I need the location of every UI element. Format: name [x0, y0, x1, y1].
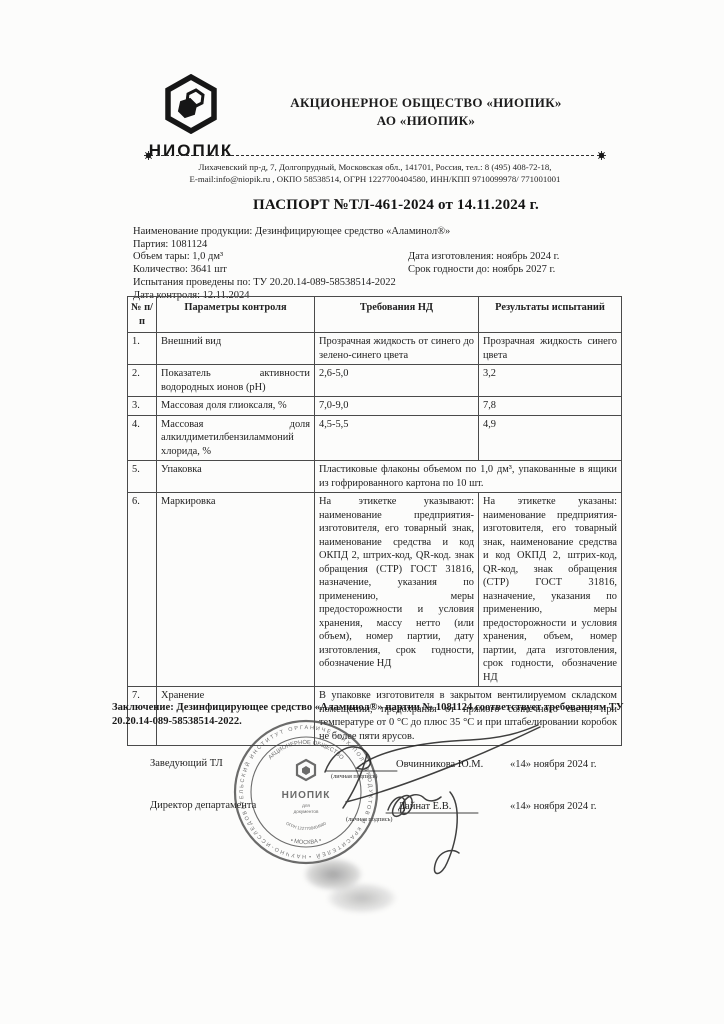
table-row: 6. Маркировка На этикетке указывают: наи… — [128, 493, 622, 687]
col-header-param: Параметры контроля — [157, 297, 315, 333]
cell-req: 4,5-5,5 — [315, 415, 479, 461]
address-line1: Лихачевский пр-д, 7, Долгопрудный, Моско… — [130, 162, 620, 174]
cell-param: Массовая доля глиоксаля, % — [157, 397, 315, 416]
cell-req: На этикетке указывают: наименование пред… — [315, 493, 479, 687]
product-tested-by-line: Испытания проведены по: ТУ 20.20.14-089-… — [133, 277, 620, 290]
document-page: НИОПИК АКЦИОНЕРНОЕ ОБЩЕСТВО «НИОПИК» АО … — [0, 0, 724, 1024]
col-header-res: Результаты испытаний — [479, 297, 622, 333]
cell-param: Показатель активности водородных ионов (… — [157, 365, 315, 397]
cell-res: На этикетке указаны: наименование предпр… — [479, 493, 622, 687]
letterhead-divider — [144, 151, 606, 160]
svg-text:• МОСКВА •: • МОСКВА • — [290, 838, 322, 846]
cell-res: 4,9 — [479, 415, 622, 461]
svg-text:АКЦИОНЕРНОЕ ОБЩЕСТВО: АКЦИОНЕРНОЕ ОБЩЕСТВО — [268, 740, 345, 761]
table-row: 4. Массовая доля алкилдиметилбензиламмон… — [128, 415, 622, 461]
col-header-num: № п/п — [128, 297, 157, 333]
table-row: 5. Упаковка Пластиковые флаконы объемом … — [128, 461, 622, 493]
cell-req: 7,0-9,0 — [315, 397, 479, 416]
signature-name-1: Овчинникова Ю.М. — [396, 759, 483, 770]
col-header-req: Требования НД — [315, 297, 479, 333]
product-expiry: Срок годности до: ноябрь 2027 г. — [408, 264, 555, 277]
hexagon-benzene-logo-icon — [163, 74, 219, 134]
cell-req: 2,6-5,0 — [315, 365, 479, 397]
table-header-row: № п/п Параметры контроля Требования НД Р… — [128, 297, 622, 333]
stamp-bottom-text: • МОСКВА • — [290, 838, 322, 846]
table-row: 1. Внешний вид Прозрачная жидкость от си… — [128, 333, 622, 365]
cell-param: Упаковка — [157, 461, 315, 493]
cell-num: 4. — [128, 415, 157, 461]
document-title: ПАСПОРТ №ТЛ-461-2024 от 14.11.2024 г. — [66, 197, 724, 214]
stamp-ogrn-text: ОГРН 1227700404580 — [285, 820, 327, 831]
cell-param: Внешний вид — [157, 333, 315, 365]
company-name-line1: АКЦИОНЕРНОЕ ОБЩЕСТВО «НИОПИК» — [250, 94, 602, 112]
cell-num: 6. — [128, 493, 157, 687]
address-line2: E-mail:info@niopik.ru , ОКПО 58538514, О… — [130, 174, 620, 186]
company-logo: НИОПИК — [142, 74, 240, 161]
divider-line — [156, 155, 594, 156]
cell-merged: Пластиковые флаконы объемом по 1,0 дм³, … — [315, 461, 622, 493]
product-quantity-line: Количество: 3641 шт Срок годности до: но… — [133, 264, 620, 277]
stamp-center-sub2: документов — [294, 809, 319, 814]
signature-name-2: Дайнат Е.В. — [398, 801, 451, 812]
cell-res: 7,8 — [479, 397, 622, 416]
cell-param: Массовая доля алкилдиметилбензиламмоний … — [157, 415, 315, 461]
cell-param: Маркировка — [157, 493, 315, 687]
cell-num: 3. — [128, 397, 157, 416]
signature-date-1: «14» ноября 2024 г. — [510, 759, 597, 770]
company-address: Лихачевский пр-д, 7, Долгопрудный, Моско… — [130, 162, 620, 185]
signature-date-2: «14» ноября 2024 г. — [510, 801, 597, 812]
cell-num: 2. — [128, 365, 157, 397]
table-row: 3. Массовая доля глиоксаля, % 7,0-9,0 7,… — [128, 397, 622, 416]
cell-num: 5. — [128, 461, 157, 493]
scan-smudge-artifact — [296, 852, 402, 916]
cell-num: 1. — [128, 333, 157, 365]
product-volume: Объем тары: 1,0 дм³ — [133, 251, 223, 262]
control-parameters-table: № п/п Параметры контроля Требования НД Р… — [127, 296, 622, 746]
stamp-hexagon-icon — [297, 760, 315, 780]
company-name-line2: АО «НИОПИК» — [250, 112, 602, 130]
product-made-date: Дата изготовления: ноябрь 2024 г. — [408, 251, 559, 264]
svg-text:ОГРН 1227700404580: ОГРН 1227700404580 — [285, 820, 327, 831]
product-name-line: Наименование продукции: Дезинфицирующее … — [133, 226, 620, 239]
company-name: АКЦИОНЕРНОЕ ОБЩЕСТВО «НИОПИК» АО «НИОПИК… — [250, 94, 602, 130]
gear-dot-icon — [597, 151, 606, 160]
product-quantity: Количество: 3641 шт — [133, 264, 227, 275]
signature-role-1: Заведующий ТЛ — [150, 758, 223, 769]
stamp-center-sub1: для — [302, 803, 310, 808]
gear-dot-icon — [144, 151, 153, 160]
product-batch-line: Партия: 1081124 — [133, 239, 620, 252]
stamp-center-text: НИОПИК — [282, 790, 331, 801]
cell-res: Прозрачная жидкость синего цвета — [479, 333, 622, 365]
stamp-inner-ring-text: АКЦИОНЕРНОЕ ОБЩЕСТВО — [268, 740, 345, 761]
cell-req: Прозрачная жидкость от синего до зелено-… — [315, 333, 479, 365]
cell-res: 3,2 — [479, 365, 622, 397]
round-seal-icon: НАУЧНО-ИССЛЕДОВАТЕЛЬСКИЙ ИНСТИТУТ ОРГАНИ… — [228, 714, 384, 870]
product-volume-line: Объем тары: 1,0 дм³ Дата изготовления: н… — [133, 251, 620, 264]
table-row: 2. Показатель активности водородных ионо… — [128, 365, 622, 397]
product-info: Наименование продукции: Дезинфицирующее … — [133, 226, 620, 302]
